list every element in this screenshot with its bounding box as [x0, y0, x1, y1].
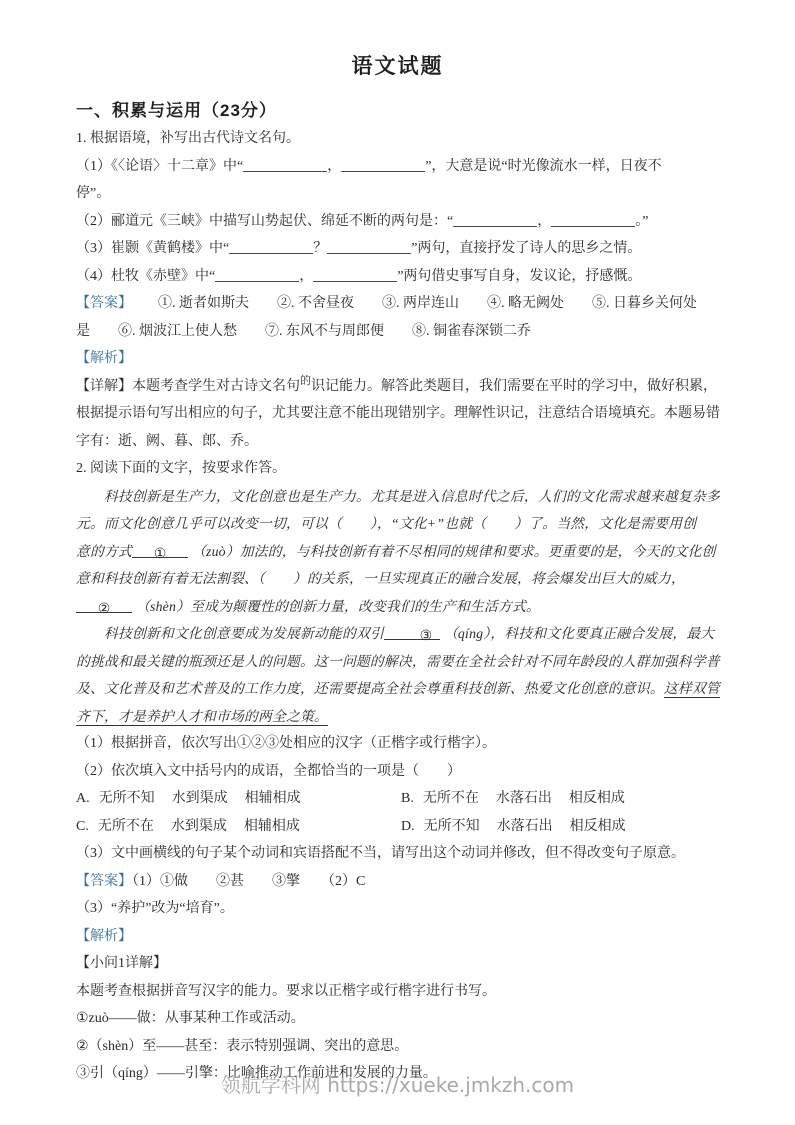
- q1-analysis-label: 【解析】: [76, 345, 725, 373]
- option-A-word-1: 无所不知: [99, 785, 155, 813]
- q2-sub3: （3）文中画横线的句子某个动词和宾语搭配不当，请写出这个动词并修改，但不得改变句…: [76, 840, 725, 868]
- q1-item-1-cont: 停”。: [76, 180, 725, 208]
- analysis-label: 【解析】: [76, 351, 132, 366]
- p2-l1-post: （qíng），科技和文化要真正融合发展，最大: [444, 626, 714, 641]
- q1-answer-line-2: 是 ⑥. 烟波江上使人愁 ⑦. 东风不与周郎便 ⑧. 铜雀春深锁二乔: [76, 318, 725, 346]
- p1-l5-post: （shèn）至成为颠覆性的创新力量，改变我们的生产和生活方式。: [136, 599, 540, 614]
- q2-passage-p1-line-4: 意和科技创新有着无法割裂、（ ）的关系，一旦实现真正的融合发展，将会爆发出巨大的…: [76, 565, 725, 593]
- q1-item-1-pre: （1）《〈论语〉十二章》中“: [76, 159, 243, 174]
- fill-blank-line: [453, 211, 537, 227]
- q2-sub1: （1）根据拼音，依次写出①②③处相应的汉字（正楷字或行楷字）。: [76, 730, 725, 758]
- option-C-word-1: 无所不在: [98, 813, 154, 841]
- option-A-word-3: 相辅相成: [245, 785, 301, 813]
- p1-l3-pre: 意的方式: [76, 544, 132, 559]
- q2-options-row-2: C.无所不在水到渠成相辅相成 D.无所不知水落石出相反相成: [76, 813, 725, 841]
- q2-detail-2: ①zuò——做：从事某种工作或活动。: [76, 1005, 725, 1033]
- q2-detail-1: 本题考查根据拼音写汉字的能力。要求以正楷字或行楷字进行书写。: [76, 978, 725, 1006]
- option-B-word-3: 相反相成: [569, 785, 625, 813]
- option-C-word-3: 相辅相成: [244, 813, 300, 841]
- q1-detail-line-3: 字有：逝、阙、暮、郎、乔。: [76, 428, 725, 456]
- option-C-word-2: 水到渠成: [171, 813, 227, 841]
- fill-blank-line: [313, 266, 397, 282]
- q1-answer-line-1: 【答案】①. 逝者如斯夫 ②. 不舍昼夜 ③. 两岸连山 ④. 略无阙处 ⑤. …: [76, 290, 725, 318]
- fill-blank-line: [229, 238, 313, 254]
- underlined-sentence-part-2: 齐下，才是养护人才和市场的两全之策。: [76, 709, 328, 726]
- q2-passage-p2-line-2: 的挑战和最关键的瓶颈还是人的问题。这一问题的解决，需要在全社会针对不同年龄段的人…: [76, 648, 725, 676]
- page-title: 语文试题: [0, 50, 795, 80]
- option-D-word-2: 水落石出: [497, 813, 553, 841]
- q2-passage-p1-line-3: 意的方式①（zuò）加法的，与科技创新有着不尽相同的规律和要求。更重要的是，今天…: [76, 538, 725, 566]
- q1-item-1: （1）《〈论语〉十二章》中“，”，大意是说“时光像流水一样，日夜不: [76, 153, 725, 181]
- q2-detail-3: ②（shèn）至——甚至：表示特别强调、突出的意思。: [76, 1033, 725, 1061]
- numbered-blank-1: ①: [132, 540, 188, 558]
- answer-label: 【答案】: [76, 874, 132, 889]
- fill-blank-line: [215, 266, 299, 282]
- numbered-blank-3: ③: [384, 622, 440, 640]
- q1-detail-post: 识记能力。解答此类题目，我们需要在平时的学习中，做好积累，: [311, 379, 717, 394]
- q1-item-2-pre: （2）郦道元《三峡》中描写山势起伏、绵延不断的两句是：“: [76, 214, 453, 229]
- q1-detail-pre: 本题考查学生对古诗文名句: [132, 379, 300, 394]
- option-C-label: C.: [76, 813, 89, 841]
- fill-blank-line: [341, 156, 425, 172]
- p1-l3-post: （zuò）加法的，与科技创新有着不尽相同的规律和要求。更重要的是，今天的文化创: [192, 544, 716, 559]
- q2-answer-line-1: 【答案】（1）①做 ②甚 ③擎 （2）C: [76, 868, 725, 896]
- option-D-word-1: 无所不知: [424, 813, 480, 841]
- option-B: B.无所不在水落石出相反相成: [401, 785, 725, 813]
- p2-l3-pre: 及、文化普及和艺术普及的工作力度，还需要提高全社会尊重科技创新、热爱文化创意的意…: [76, 681, 664, 696]
- q1-item-4-mid: ，: [299, 269, 313, 284]
- fill-blank-line: [551, 211, 635, 227]
- detail-label: 【详解】: [76, 379, 132, 394]
- option-D: D.无所不知水落石出相反相成: [401, 813, 725, 841]
- q1-detail-line-2: 根据提示语句写出相应的句子，尤其要注意不能出现错别字。理解性识记，注意结合语境填…: [76, 400, 725, 428]
- option-A-label: A.: [76, 785, 90, 813]
- option-A: A.无所不知水到渠成相辅相成: [76, 785, 401, 813]
- watermark: 领航学科网 https://xueke.jmkzh.com: [221, 1069, 574, 1098]
- option-C: C.无所不在水到渠成相辅相成: [76, 813, 401, 841]
- q1-item-4: （4）杜牧《赤壁》中“，”两句借史事写自身，发议论，抒感慨。: [76, 263, 725, 291]
- q2-sub2: （2）依次填入文中括号内的成语，全都恰当的一项是（ ）: [76, 758, 725, 786]
- option-B-word-1: 无所不在: [423, 785, 479, 813]
- q2-passage-p2-line-3: 及、文化普及和艺术普及的工作力度，还需要提高全社会尊重科技创新、热爱文化创意的意…: [76, 675, 725, 703]
- q2-passage-p2-line-1: 科技创新和文化创意要成为发展新动能的双引③（qíng），科技和文化要真正融合发展…: [76, 620, 725, 648]
- option-B-label: B.: [401, 785, 414, 813]
- analysis-label: 【解析】: [76, 929, 132, 944]
- option-D-word-3: 相反相成: [570, 813, 626, 841]
- q2-passage-p2-line-4: 齐下，才是养护人才和市场的两全之策。: [76, 703, 725, 731]
- section1-heading: 一、积累与运用（23分）: [76, 96, 723, 121]
- q2-answer-line-2: （3）“养护”改为“培育”。: [76, 895, 725, 923]
- q1-item-3-post: ”两句，直接抒发了诗人的思乡之情。: [411, 241, 641, 256]
- q2-answer-items: （1）①做 ②甚 ③擎 （2）C: [132, 874, 365, 889]
- q2-analysis-label: 【解析】: [76, 923, 725, 951]
- option-A-word-2: 水到渠成: [172, 785, 228, 813]
- q1-item-1-post: ”，大意是说“时光像流水一样，日夜不: [425, 159, 661, 174]
- q1-item-1-mid: ，: [327, 159, 341, 174]
- q2-sub-detail1-label: 【小问1详解】: [76, 950, 725, 978]
- p2-l1-pre: 科技创新和文化创意要成为发展新动能的双引: [104, 626, 384, 641]
- q1-item-2-post: 。”: [635, 214, 648, 229]
- q2-passage-p1-line-2: 元。而文化创意几乎可以改变一切，可以（ ），“文化+”也就（ ）了。当然，文化是…: [76, 510, 725, 538]
- q2-passage-p1-line-1: 科技创新是生产力，文化创意也是生产力。尤其是进入信息时代之后，人们的文化需求越来…: [76, 483, 725, 511]
- underlined-sentence-part-1: 这样双管: [664, 681, 720, 698]
- q1-detail-line-1: 【详解】本题考查学生对古诗文名句的识记能力。解答此类题目，我们需要在平时的学习中…: [76, 373, 725, 401]
- superscript-de: 的: [300, 375, 311, 387]
- fill-blank-line: [327, 238, 411, 254]
- fill-blank-line: [243, 156, 327, 172]
- option-B-word-2: 水落石出: [496, 785, 552, 813]
- answer-label: 【答案】: [76, 296, 132, 311]
- document-body: 1. 根据语境，补写出古代诗文名句。 （1）《〈论语〉十二章》中“，”，大意是说…: [76, 125, 725, 1088]
- q2-passage-p1-line-5: ②（shèn）至成为颠覆性的创新力量，改变我们的生产和生活方式。: [76, 593, 725, 621]
- q2-stem: 2. 阅读下面的文字，按要求作答。: [76, 455, 725, 483]
- q1-item-2: （2）郦道元《三峡》中描写山势起伏、绵延不断的两句是：“，。”: [76, 208, 725, 236]
- q1-item-3: （3）崔颢《黄鹤楼》中“？”两句，直接抒发了诗人的思乡之情。: [76, 235, 725, 263]
- q1-item-4-pre: （4）杜牧《赤壁》中“: [76, 269, 215, 284]
- q1-item-3-pre: （3）崔颢《黄鹤楼》中“: [76, 241, 229, 256]
- q2-options-row-1: A.无所不知水到渠成相辅相成 B.无所不在水落石出相反相成: [76, 785, 725, 813]
- q1-item-2-mid: ，: [537, 214, 551, 229]
- numbered-blank-2: ②: [76, 595, 132, 613]
- option-D-label: D.: [401, 813, 415, 841]
- q1-item-4-post: ”两句借史事写自身，发议论，抒感慨。: [397, 269, 641, 284]
- q1-answer-items-1: ①. 逝者如斯夫 ②. 不舍昼夜 ③. 两岸连山 ④. 略无阙处 ⑤. 日暮乡关…: [158, 296, 697, 311]
- q1-stem: 1. 根据语境，补写出古代诗文名句。: [76, 125, 725, 153]
- q1-item-3-mid: ？: [313, 241, 327, 256]
